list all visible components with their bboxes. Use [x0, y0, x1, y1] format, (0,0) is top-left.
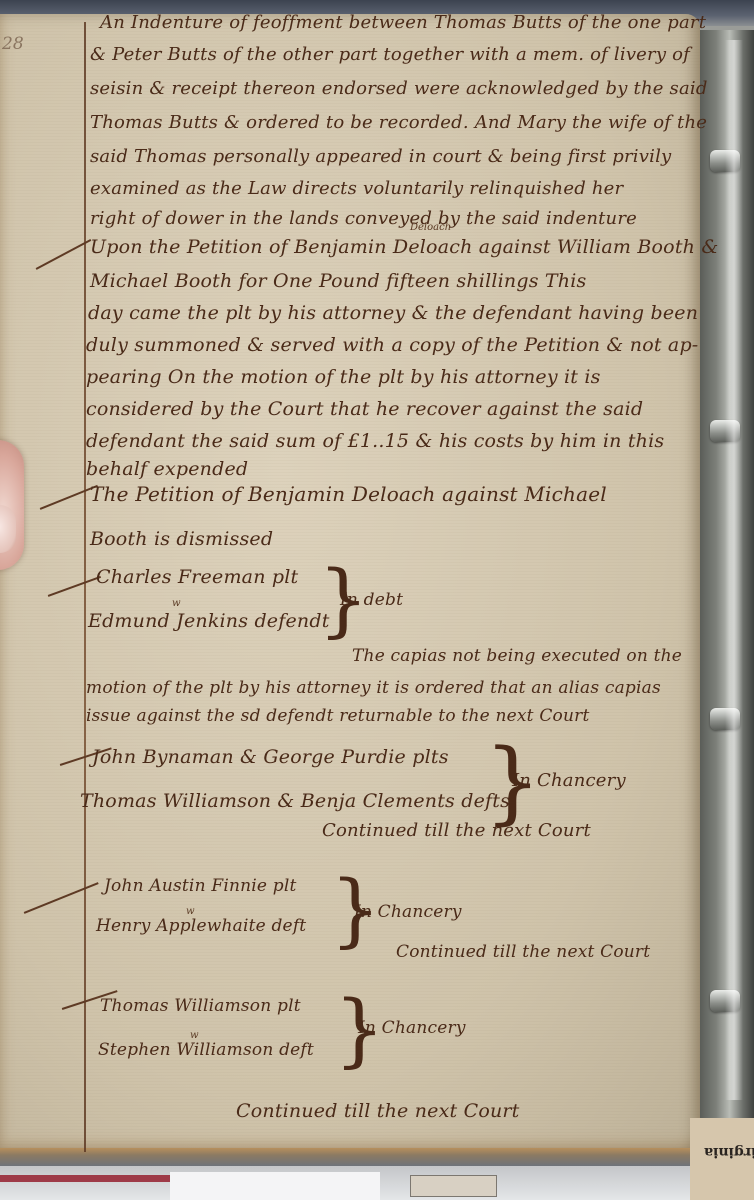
- interlinear-note: Deloach: [410, 222, 451, 233]
- indenture-line: An Indenture of feoffment between Thomas…: [100, 12, 706, 33]
- indenture-line: examined as the Law directs voluntarily …: [90, 178, 623, 199]
- page-number: 28: [2, 34, 24, 54]
- indenture-line: seisin & receipt thereon endorsed were a…: [90, 78, 708, 99]
- court-label: In Chancery: [512, 770, 626, 791]
- dismissal-line: Booth is dismissed: [90, 528, 273, 550]
- indenture-line: said Thomas personally appeared in court…: [90, 146, 671, 167]
- judgment-line: considered by the Court that he recover …: [86, 398, 643, 420]
- judgment-line: duly summoned & served with a copy of th…: [86, 334, 698, 356]
- indenture-line: right of dower in the lands conveyed by …: [90, 208, 637, 229]
- court-label: In Chancery: [358, 1018, 466, 1038]
- court-label: In debt: [340, 590, 403, 610]
- order-line: The capias not being executed on the: [352, 646, 682, 666]
- red-tab: [0, 1175, 170, 1182]
- judgment-line: pearing On the motion of the plt by his …: [86, 366, 601, 388]
- order-line: Continued till the next Court: [236, 1100, 520, 1122]
- party-plaintiff: Thomas Williamson plt: [100, 996, 301, 1016]
- judgment-line: defendant the said sum of £1..15 & his c…: [86, 430, 664, 452]
- party-plaintiff: Charles Freeman plt: [96, 566, 298, 588]
- judgment-line: Upon the Petition of Benjamin Deloach ag…: [90, 236, 718, 258]
- dismissal-line: The Petition of Benjamin Deloach against…: [90, 482, 607, 506]
- label-box: [410, 1175, 497, 1197]
- page-bottom-edge: [0, 1148, 700, 1166]
- indenture-line: Thomas Butts & ordered to be recorded. A…: [90, 112, 707, 133]
- party-defendant: Thomas Williamson & Benja Clements defts: [80, 790, 510, 812]
- margin-rule: [84, 22, 86, 1152]
- party-defendant: Stephen Williamson deft: [98, 1040, 314, 1060]
- order-line: Continued till the next Court: [322, 820, 591, 841]
- judgment-line: Michael Booth for One Pound fifteen shil…: [90, 270, 586, 292]
- white-sheet: [170, 1172, 380, 1200]
- party-plaintiff: John Austin Finnie plt: [104, 876, 297, 896]
- sleeve-highlight: [725, 40, 743, 1100]
- card-label: Virginia: [704, 1144, 754, 1160]
- order-line: Continued till the next Court: [396, 942, 650, 962]
- court-label: In Chancery: [354, 902, 462, 922]
- judgment-line: behalf expended: [86, 458, 248, 480]
- party-plaintiff: John Bynaman & George Purdie plts: [92, 746, 449, 768]
- party-defendant: Edmund Jenkins defendt: [88, 610, 330, 632]
- interlinear-note: w: [172, 598, 181, 609]
- order-line: motion of the plt by his attorney it is …: [86, 678, 661, 698]
- indenture-line: & Peter Butts of the other part together…: [90, 44, 690, 65]
- order-line: issue against the sd defendt returnable …: [86, 706, 589, 726]
- judgment-line: day came the plt by his attorney & the d…: [88, 302, 698, 324]
- party-defendant: Henry Applewhaite deft: [96, 916, 306, 936]
